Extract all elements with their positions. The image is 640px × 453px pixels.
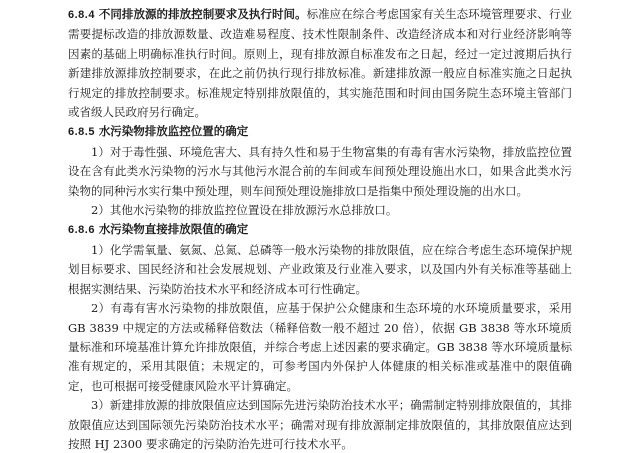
section-6-8-5-title: 水污染物排放监控位置的确定 xyxy=(99,124,249,138)
section-6-8-5-item-1: 1）对于毒性强、环境危害大、具有持久性和易于生物富集的有毒有害水污染物，排放监控… xyxy=(68,143,572,201)
section-6-8-6-title: 水污染物直接排放限值的确定 xyxy=(99,222,249,236)
section-6-8-4-title: 不同排放源的排放控制要求及执行时间。 xyxy=(99,7,307,21)
document-page: 6.8.4不同排放源的排放控制要求及执行时间。标准应在综合考虑国家有关生态环境管… xyxy=(0,0,640,453)
section-6-8-6-number: 6.8.6 xyxy=(68,224,95,236)
section-6-8-5-number: 6.8.5 xyxy=(68,126,95,138)
section-6-8-5-heading: 6.8.5水污染物排放监控位置的确定 xyxy=(68,122,572,142)
section-6-8-4-body: 标准应在综合考虑国家有关生态环境管理要求、行业需要提标改造的排放源数量、改造难易… xyxy=(68,7,572,119)
section-6-8-6-item-3: 3）新建排放源的排放限值应达到国际先进污染防治技术水平；确需制定特别排放限值的，… xyxy=(68,396,572,453)
section-6-8-4-paragraph: 6.8.4不同排放源的排放控制要求及执行时间。标准应在综合考虑国家有关生态环境管… xyxy=(68,5,572,122)
section-6-8-6-item-2: 2）有毒有害水污染物的排放限值，应基于保护公众健康和生态环境的水环境质量要求，采… xyxy=(68,299,572,396)
section-6-8-6-item-1: 1）化学需氧量、氨氮、总氮、总磷等一般水污染物的排放限值，应在综合考虑生态环境保… xyxy=(68,241,572,299)
section-6-8-6-heading: 6.8.6水污染物直接排放限值的确定 xyxy=(68,220,572,240)
section-6-8-5-item-2: 2）其他水污染物的排放监控位置设在排放源污水总排放口。 xyxy=(68,201,572,220)
section-6-8-4-number: 6.8.4 xyxy=(68,9,95,21)
